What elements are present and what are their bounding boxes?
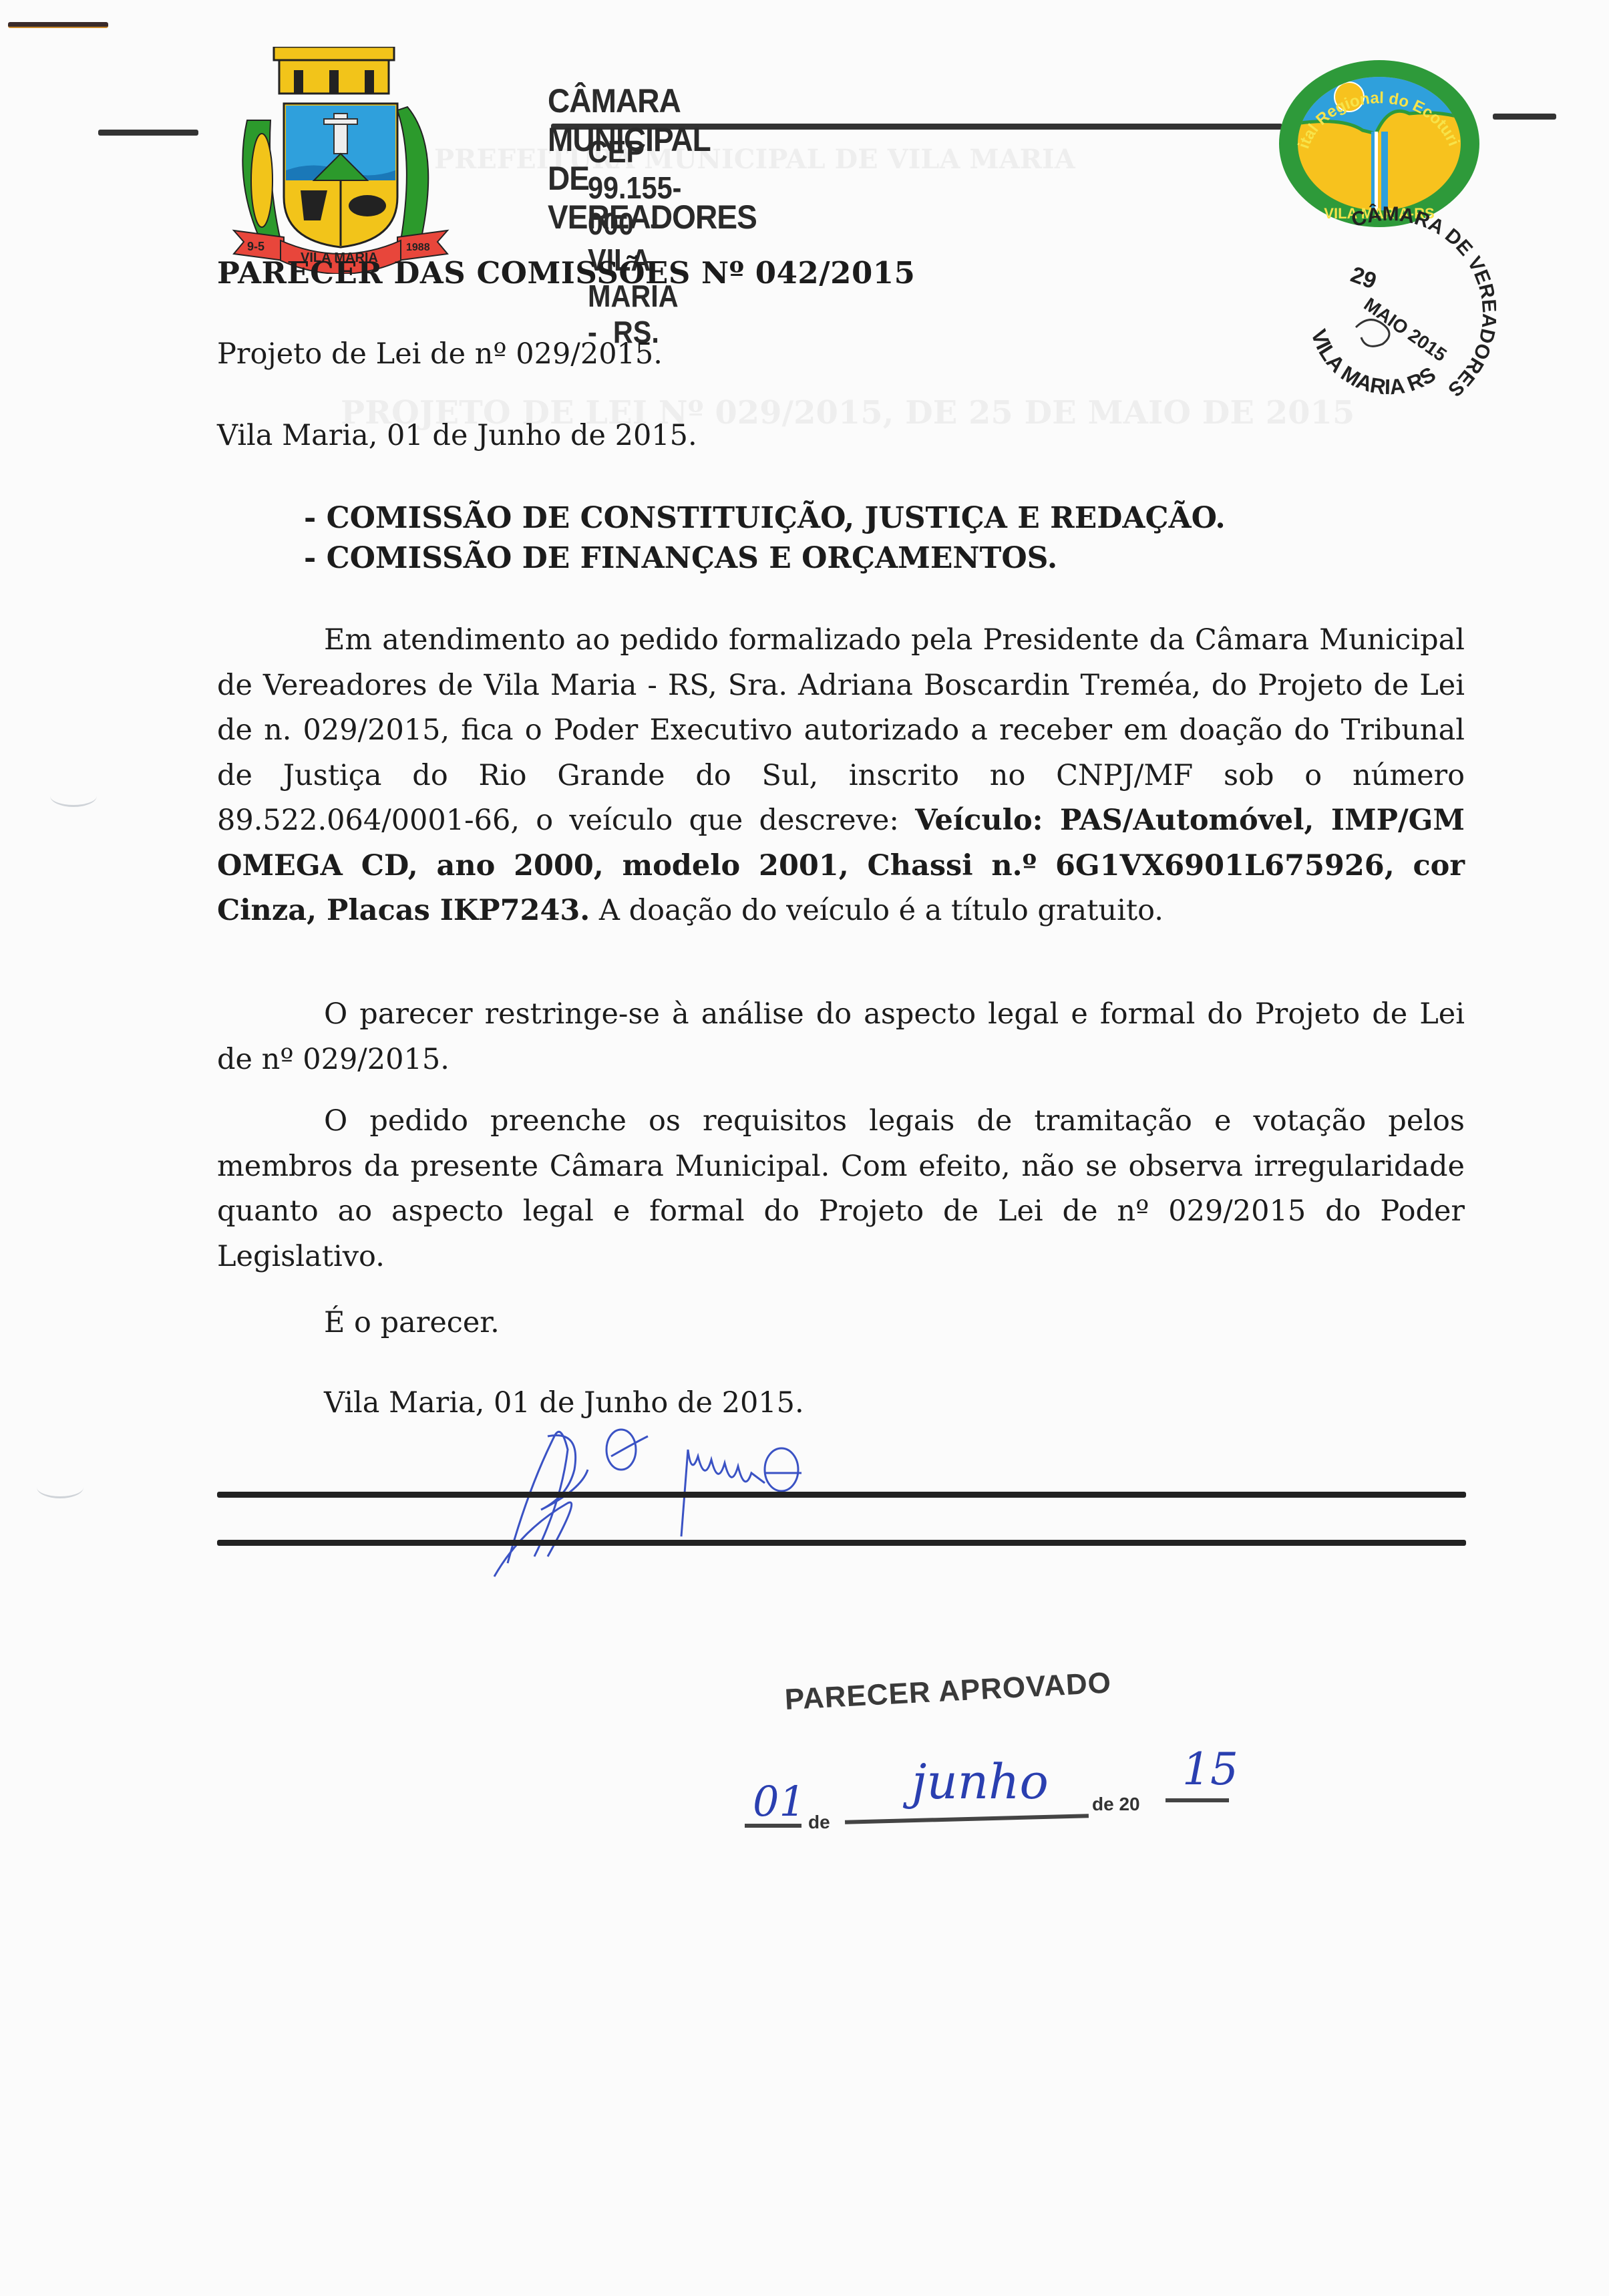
approval-month: junho [912,1754,1049,1810]
paragraph-scope-text: O parecer restringe-se à análise do aspe… [217,992,1465,1082]
approval-stamp-label: PARECER APROVADO [784,1666,1112,1717]
svg-text:1988: 1988 [406,242,430,253]
paragraph-scope: O parecer restringe-se à análise do aspe… [217,992,1465,1082]
punch-hole [37,1476,83,1498]
place-date: Vila Maria, 01 de Junho de 2015. [217,419,697,452]
svg-text:9-5: 9-5 [247,240,264,253]
paragraph-request: Em atendimento ao pedido formalizado pel… [217,618,1465,934]
committee-finance: - COMISSÃO DE FINANÇAS E ORÇAMENTOS. [304,541,1057,575]
coat-of-arms-icon: 9-5 1988 VILA MARIA [220,47,461,274]
project-reference: Projeto de Lei de nº 029/2015. [217,337,663,371]
paragraph-request-end: A doação do veículo é a título gratuito. [590,894,1164,927]
committee-constitution: - COMISSÃO DE CONSTITUIÇÃO, JUSTIÇA E RE… [304,501,1226,535]
svg-text:29: 29 [1347,262,1380,295]
paragraph-conclusion-text: O pedido preenche os requisitos legais d… [217,1099,1465,1279]
month-underline [845,1814,1089,1824]
receipt-stamp: CÂMARA DE VEREADORES VILA MARIA RS 29 MA… [1282,200,1496,428]
approval-de-2: de 20 [1092,1794,1140,1815]
approval-year: 15 [1182,1744,1238,1795]
approval-date: 01 de junho de 20 15 [745,1750,1226,1857]
chamber-address: CEP 99.155-000 - VILA MARIA - RS. [588,134,681,350]
signature-line [217,1540,1466,1546]
punch-hole [50,785,97,807]
document-title: PARECER DAS COMISSÕES Nº 042/2015 [217,255,915,291]
signature-line [217,1492,1466,1498]
header-rule-left [98,130,198,136]
coat-of-arms-logo: 9-5 1988 VILA MARIA [220,47,461,274]
approval-de-1: de [808,1812,830,1833]
header-rule-right [1493,114,1556,120]
receipt-stamp-icon: CÂMARA DE VEREADORES VILA MARIA RS 29 MA… [1282,200,1496,428]
year-underline [1166,1798,1229,1802]
approval-day: 01 [753,1777,806,1826]
closing-statement: É o parecer. [324,1306,500,1339]
paragraph-conclusion: O pedido preenche os requisitos legais d… [217,1099,1465,1279]
svg-text:MAIO 2015: MAIO 2015 [1361,294,1451,366]
scan-edge-mark [8,22,108,28]
